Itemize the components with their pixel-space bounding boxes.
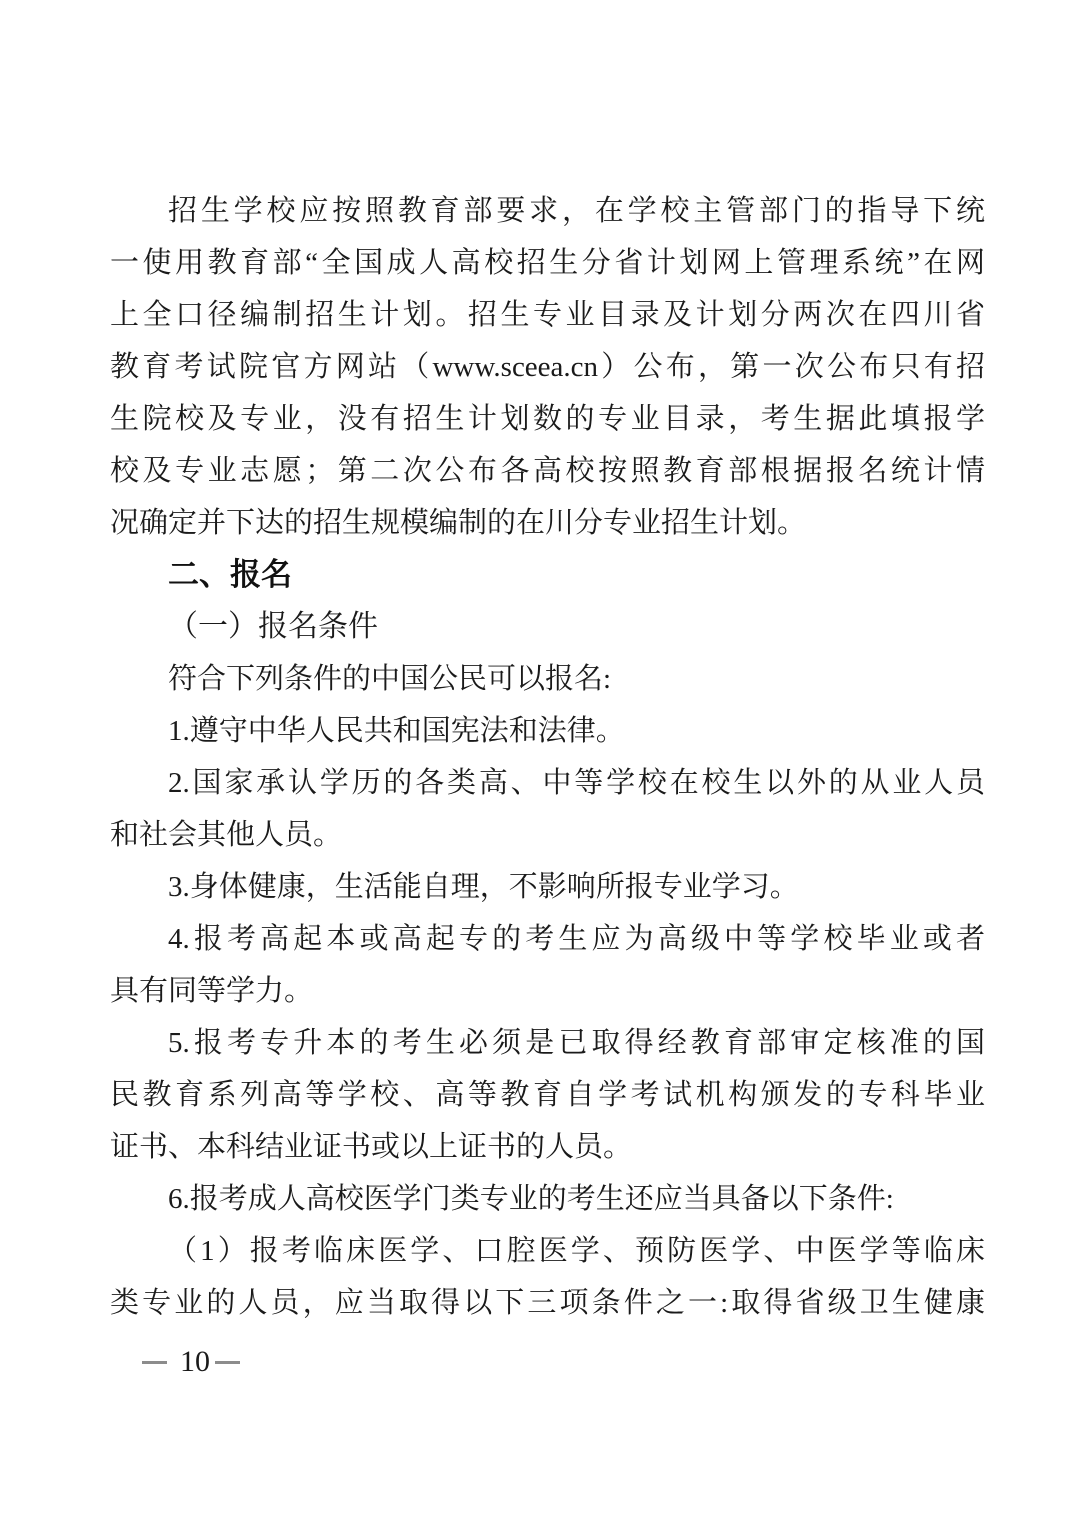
footer-dash-left [142,1361,167,1364]
list-item-line: 证书、本科结业证书或以上证书的人员。 [110,1121,985,1173]
paragraph-line: 符合下列条件的中国公民可以报名: [110,653,985,705]
paragraph-line: 招生学校应按照教育部要求，在学校主管部门的指导下统 [110,185,985,237]
list-item-line: 5.报考专升本的考生必须是已取得经教育部审定核准的国 [110,1017,985,1069]
subsection-heading: （一）报名条件 [110,601,985,653]
list-item-line: 4.报考高起本或高起专的考生应为高级中等学校毕业或者 [110,913,985,965]
page-number: 10 [180,1344,210,1380]
list-item-line: 6.报考成人高校医学门类专业的考生还应当具备以下条件: [110,1173,985,1225]
paragraph-line: 教育考试院官方网站（www.sceea.cn）公布，第一次公布只有招 [110,341,985,393]
document-body: 招生学校应按照教育部要求，在学校主管部门的指导下统 一使用教育部“全国成人高校招… [110,185,985,1329]
document-page: 招生学校应按照教育部要求，在学校主管部门的指导下统 一使用教育部“全国成人高校招… [0,0,1080,1527]
paragraph-line: 上全口径编制招生计划。招生专业目录及计划分两次在四川省 [110,289,985,341]
list-item-line: 3.身体健康，生活能自理，不影响所报专业学习。 [110,861,985,913]
list-item-line: 1.遵守中华人民共和国宪法和法律。 [110,705,985,757]
page-footer: 10 [142,1344,240,1380]
section-heading: 二、报名 [110,549,985,601]
paragraph-line: 生院校及专业，没有招生计划数的专业目录，考生据此填报学 [110,393,985,445]
list-item-line: 民教育系列高等学校、高等教育自学考试机构颁发的专科毕业 [110,1069,985,1121]
paragraph-line: 一使用教育部“全国成人高校招生分省计划网上管理系统”在网 [110,237,985,289]
list-item-line: 和社会其他人员。 [110,809,985,861]
footer-dash-right [215,1361,240,1364]
list-item-line: 具有同等学力。 [110,965,985,1017]
list-item-line: （1）报考临床医学、口腔医学、预防医学、中医学等临床 [110,1225,985,1277]
list-item-line: 类专业的人员，应当取得以下三项条件之一:取得省级卫生健康 [110,1277,985,1329]
paragraph-line: 校及专业志愿；第二次公布各高校按照教育部根据报名统计情 [110,445,985,497]
list-item-line: 2.国家承认学历的各类高、中等学校在校生以外的从业人员 [110,757,985,809]
paragraph-line: 况确定并下达的招生规模编制的在川分专业招生计划。 [110,497,985,549]
